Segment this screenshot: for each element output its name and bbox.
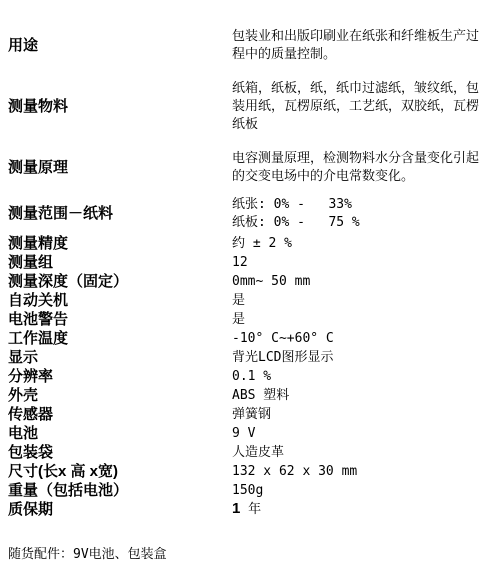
spec-value: 包装业和出版印刷业在纸张和纤维板生产过程中的质量控制。 — [232, 20, 488, 72]
spec-row-battery-warning: 电池警告 是 — [8, 310, 488, 329]
spec-value: 是 — [232, 310, 488, 329]
spec-row-materials: 测量物料 纸箱，纸板，纸，纸巾过滤纸，皱纹纸，包装用纸，瓦楞原纸，工艺纸，双胶纸… — [8, 72, 488, 142]
spec-value-text: 纸箱，纸板，纸，纸巾过滤纸，皱纹纸，包装用纸，瓦楞原纸，工艺纸，双胶纸，瓦楞纸板 — [232, 80, 480, 134]
spec-value: 1 年 — [232, 500, 488, 519]
spec-value-text: 9 V — [232, 425, 488, 443]
spec-value-text: 弹簧钢 — [232, 406, 488, 424]
spec-row-purpose: 用途 包装业和出版印刷业在纸张和纤维板生产过程中的质量控制。 — [8, 20, 488, 72]
spec-row-accuracy: 测量精度 约 ± 2 % — [8, 234, 488, 253]
spec-value-text: 是 — [232, 311, 488, 329]
spec-row-temp: 工作温度 -10° C~+60° C — [8, 329, 488, 348]
spec-value-text: 1 年 — [232, 500, 488, 519]
spec-value-text: 0.1 % — [232, 368, 488, 386]
spec-value-text: ABS 塑料 — [232, 387, 488, 405]
spec-value-text: -10° C~+60° C — [232, 330, 488, 348]
spec-value-text: 0mm~ 50 mm — [232, 273, 488, 291]
spec-value: 132 x 62 x 30 mm — [232, 462, 488, 481]
spec-row-weight: 重量（包括电池） 150g — [8, 481, 488, 500]
spec-value: 0mm~ 50 mm — [232, 272, 488, 291]
spec-value: 12 — [232, 253, 488, 272]
spec-sheet: 用途 包装业和出版印刷业在纸张和纤维板生产过程中的质量控制。 测量物料 纸箱，纸… — [0, 0, 496, 519]
spec-label: 质保期 — [8, 500, 232, 519]
spec-value: 150g — [232, 481, 488, 500]
spec-row-depth: 测量深度（固定） 0mm~ 50 mm — [8, 272, 488, 291]
spec-row-dimensions: 尺寸(长x 高 x宽) 132 x 62 x 30 mm — [8, 462, 488, 481]
spec-value-text: 电容测量原理，检测物料水分含量变化引起的交变电场中的介电常数变化。 — [232, 150, 480, 186]
spec-value: 纸张: 0% - 33% 纸板: 0% - 75 % — [232, 194, 488, 234]
spec-value-line: 纸板: 0% - 75 % — [232, 214, 488, 232]
spec-value-text: 是 — [232, 292, 488, 310]
spec-label: 工作温度 — [8, 329, 232, 348]
spec-value-text: 150g — [232, 482, 488, 500]
spec-value-text: 人造皮革 — [232, 444, 488, 462]
spec-value: 9 V — [232, 424, 488, 443]
spec-label: 电池警告 — [8, 310, 232, 329]
spec-value: 弹簧钢 — [232, 405, 488, 424]
warranty-unit: 年 — [240, 502, 261, 517]
spec-row-display: 显示 背光LCD图形显示 — [8, 348, 488, 367]
spec-label: 测量精度 — [8, 234, 232, 253]
spec-label: 传感器 — [8, 405, 232, 424]
spec-row-sensor: 传感器 弹簧钢 — [8, 405, 488, 424]
spec-label: 包装袋 — [8, 443, 232, 462]
spec-label: 尺寸(长x 高 x宽) — [8, 462, 232, 481]
spec-row-principle: 测量原理 电容测量原理，检测物料水分含量变化引起的交变电场中的介电常数变化。 — [8, 142, 488, 194]
spec-label: 测量深度（固定） — [8, 272, 232, 291]
spec-label: 测量原理 — [8, 142, 232, 194]
spec-value: -10° C~+60° C — [232, 329, 488, 348]
spec-label: 测量范围－纸料 — [8, 194, 232, 234]
spec-row-warranty: 质保期 1 年 — [8, 500, 488, 519]
spec-value: ABS 塑料 — [232, 386, 488, 405]
spec-row-housing: 外壳 ABS 塑料 — [8, 386, 488, 405]
spec-row-battery: 电池 9 V — [8, 424, 488, 443]
spec-value: 纸箱，纸板，纸，纸巾过滤纸，皱纹纸，包装用纸，瓦楞原纸，工艺纸，双胶纸，瓦楞纸板 — [232, 72, 488, 142]
spec-label: 分辨率 — [8, 367, 232, 386]
spec-row-resolution: 分辨率 0.1 % — [8, 367, 488, 386]
accessories-note: 随货配件：9V电池、包装盒 — [8, 547, 496, 563]
spec-label: 测量组 — [8, 253, 232, 272]
spec-label: 测量物料 — [8, 72, 232, 142]
spec-value: 约 ± 2 % — [232, 234, 488, 253]
spec-value-text: 约 ± 2 % — [232, 235, 488, 253]
spec-value: 人造皮革 — [232, 443, 488, 462]
spec-label: 用途 — [8, 20, 232, 72]
spec-value-text: 包装业和出版印刷业在纸张和纤维板生产过程中的质量控制。 — [232, 28, 480, 64]
spec-label: 显示 — [8, 348, 232, 367]
spec-table: 用途 包装业和出版印刷业在纸张和纤维板生产过程中的质量控制。 测量物料 纸箱，纸… — [8, 20, 488, 519]
spec-label: 自动关机 — [8, 291, 232, 310]
spec-value-text: 背光LCD图形显示 — [232, 349, 488, 367]
spec-row-pouch: 包装袋 人造皮革 — [8, 443, 488, 462]
spec-label: 电池 — [8, 424, 232, 443]
spec-row-range: 测量范围－纸料 纸张: 0% - 33% 纸板: 0% - 75 % — [8, 194, 488, 234]
spec-row-autooff: 自动关机 是 — [8, 291, 488, 310]
spec-value: 背光LCD图形显示 — [232, 348, 488, 367]
spec-value-text: 132 x 62 x 30 mm — [232, 463, 488, 481]
spec-value-text: 12 — [232, 254, 488, 272]
spec-value: 是 — [232, 291, 488, 310]
spec-row-groups: 测量组 12 — [8, 253, 488, 272]
spec-label: 重量（包括电池） — [8, 481, 232, 500]
spec-label: 外壳 — [8, 386, 232, 405]
spec-value: 电容测量原理，检测物料水分含量变化引起的交变电场中的介电常数变化。 — [232, 142, 488, 194]
spec-value-line: 纸张: 0% - 33% — [232, 196, 488, 214]
spec-value: 0.1 % — [232, 367, 488, 386]
